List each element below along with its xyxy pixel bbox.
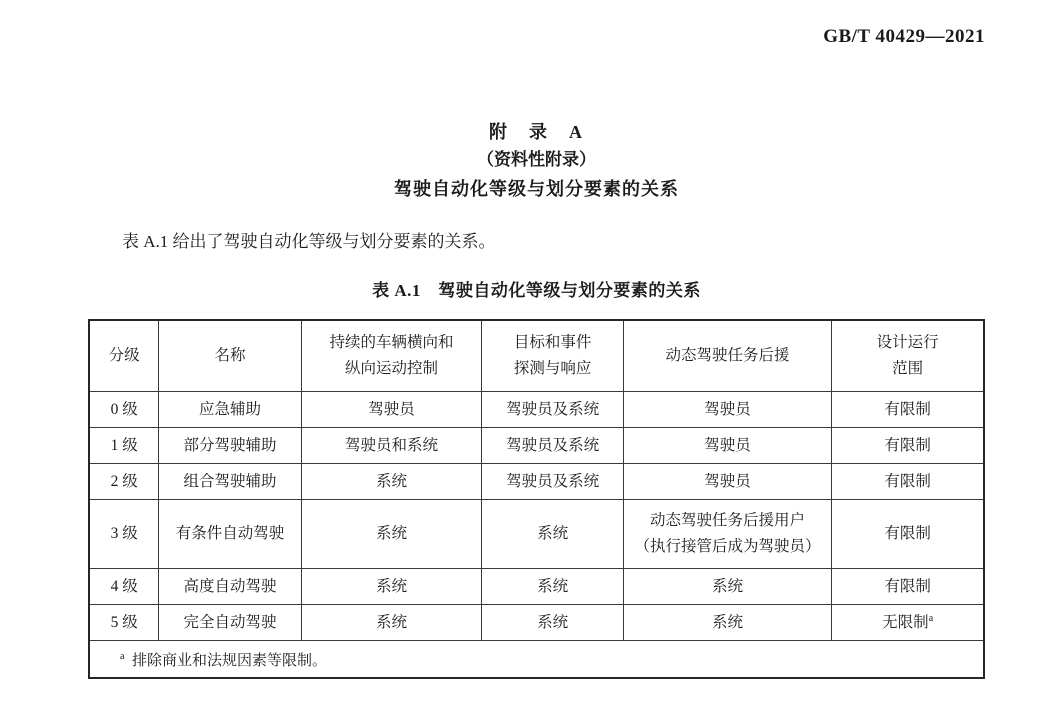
table-cell: 系统 (301, 605, 482, 641)
table-cell: 组合驾驶辅助 (159, 464, 301, 500)
table-row: 1 级部分驾驶辅助驾驶员和系统驾驶员及系统驾驶员有限制 (89, 428, 984, 464)
table-cell: 驾驶员及系统 (482, 392, 623, 428)
table-row: 2 级组合驾驶辅助系统驾驶员及系统驾驶员有限制 (89, 464, 984, 500)
table-cell: 有限制 (832, 464, 984, 500)
table-cell: 系统 (623, 605, 832, 641)
table-cell: 有限制 (832, 428, 984, 464)
table-cell: 完全自动驾驶 (159, 605, 301, 641)
table-cell: 有限制 (832, 569, 984, 605)
footnote-row: a 排除商业和法规因素等限制。 (89, 641, 984, 679)
table-row: 0 级应急辅助驾驶员驾驶员及系统驾驶员有限制 (89, 392, 984, 428)
table-cell: 驾驶员及系统 (482, 464, 623, 500)
table-cell: 3 级 (89, 500, 159, 569)
appendix-title: 附 录 A (88, 118, 985, 146)
table-cell: 系统 (301, 464, 482, 500)
table-cell: 无限制a (832, 605, 984, 641)
table-cell: 高度自动驾驶 (159, 569, 301, 605)
table-cell: 有条件自动驾驶 (159, 500, 301, 569)
table-cell: 系统 (482, 605, 623, 641)
table-cell: 驾驶员和系统 (301, 428, 482, 464)
table-cell: 系统 (301, 569, 482, 605)
footnote-cell: a 排除商业和法规因素等限制。 (89, 641, 984, 679)
column-header: 动态驾驶任务后援 (623, 320, 832, 392)
footnote-text: 排除商业和法规因素等限制。 (132, 653, 327, 669)
table-cell: 2 级 (89, 464, 159, 500)
table-cell: 驾驶员 (623, 392, 832, 428)
appendix-subtitle: （资料性附录） (88, 146, 985, 174)
appendix-title-block: 附 录 A （资料性附录） 驾驶自动化等级与划分要素的关系 (88, 118, 985, 204)
table-caption: 表 A.1 驾驶自动化等级与划分要素的关系 (88, 276, 985, 301)
table-cell: 有限制 (832, 500, 984, 569)
column-header: 名称 (159, 320, 301, 392)
table-cell: 系统 (482, 500, 623, 569)
table-cell: 驾驶员及系统 (482, 428, 623, 464)
table-cell: 驾驶员 (623, 464, 832, 500)
table-row: 4 级高度自动驾驶系统系统系统有限制 (89, 569, 984, 605)
table-cell: 应急辅助 (159, 392, 301, 428)
page-content: 附 录 A （资料性附录） 驾驶自动化等级与划分要素的关系 表 A.1 给出了驾… (88, 0, 985, 679)
automation-levels-table: 分级名称持续的车辆横向和纵向运动控制目标和事件探测与响应动态驾驶任务后援设计运行… (88, 319, 985, 679)
table-cell: 驾驶员 (301, 392, 482, 428)
table-cell: 系统 (482, 569, 623, 605)
table-cell: 5 级 (89, 605, 159, 641)
table-cell: 部分驾驶辅助 (159, 428, 301, 464)
table-header-row: 分级名称持续的车辆横向和纵向运动控制目标和事件探测与响应动态驾驶任务后援设计运行… (89, 320, 984, 392)
table-cell: 1 级 (89, 428, 159, 464)
table-row: 3 级有条件自动驾驶系统系统动态驾驶任务后援用户（执行接管后成为驾驶员）有限制 (89, 500, 984, 569)
table-cell: 0 级 (89, 392, 159, 428)
table-cell: 系统 (301, 500, 482, 569)
footnote-marker: a (120, 651, 124, 662)
table-body: 0 级应急辅助驾驶员驾驶员及系统驾驶员有限制1 级部分驾驶辅助驾驶员和系统驾驶员… (89, 392, 984, 641)
column-header: 分级 (89, 320, 159, 392)
intro-paragraph: 表 A.1 给出了驾驶自动化等级与划分要素的关系。 (88, 230, 985, 254)
table-row: 5 级完全自动驾驶系统系统系统无限制a (89, 605, 984, 641)
table-cell: 动态驾驶任务后援用户（执行接管后成为驾驶员） (623, 500, 832, 569)
column-header: 持续的车辆横向和纵向运动控制 (301, 320, 482, 392)
table-cell: 系统 (623, 569, 832, 605)
column-header: 设计运行范围 (832, 320, 984, 392)
column-header: 目标和事件探测与响应 (482, 320, 623, 392)
table-cell: 有限制 (832, 392, 984, 428)
table-cell: 4 级 (89, 569, 159, 605)
table-cell: 驾驶员 (623, 428, 832, 464)
document-page: GB/T 40429—2021 附 录 A （资料性附录） 驾驶自动化等级与划分… (0, 0, 1060, 703)
appendix-heading: 驾驶自动化等级与划分要素的关系 (88, 174, 985, 204)
